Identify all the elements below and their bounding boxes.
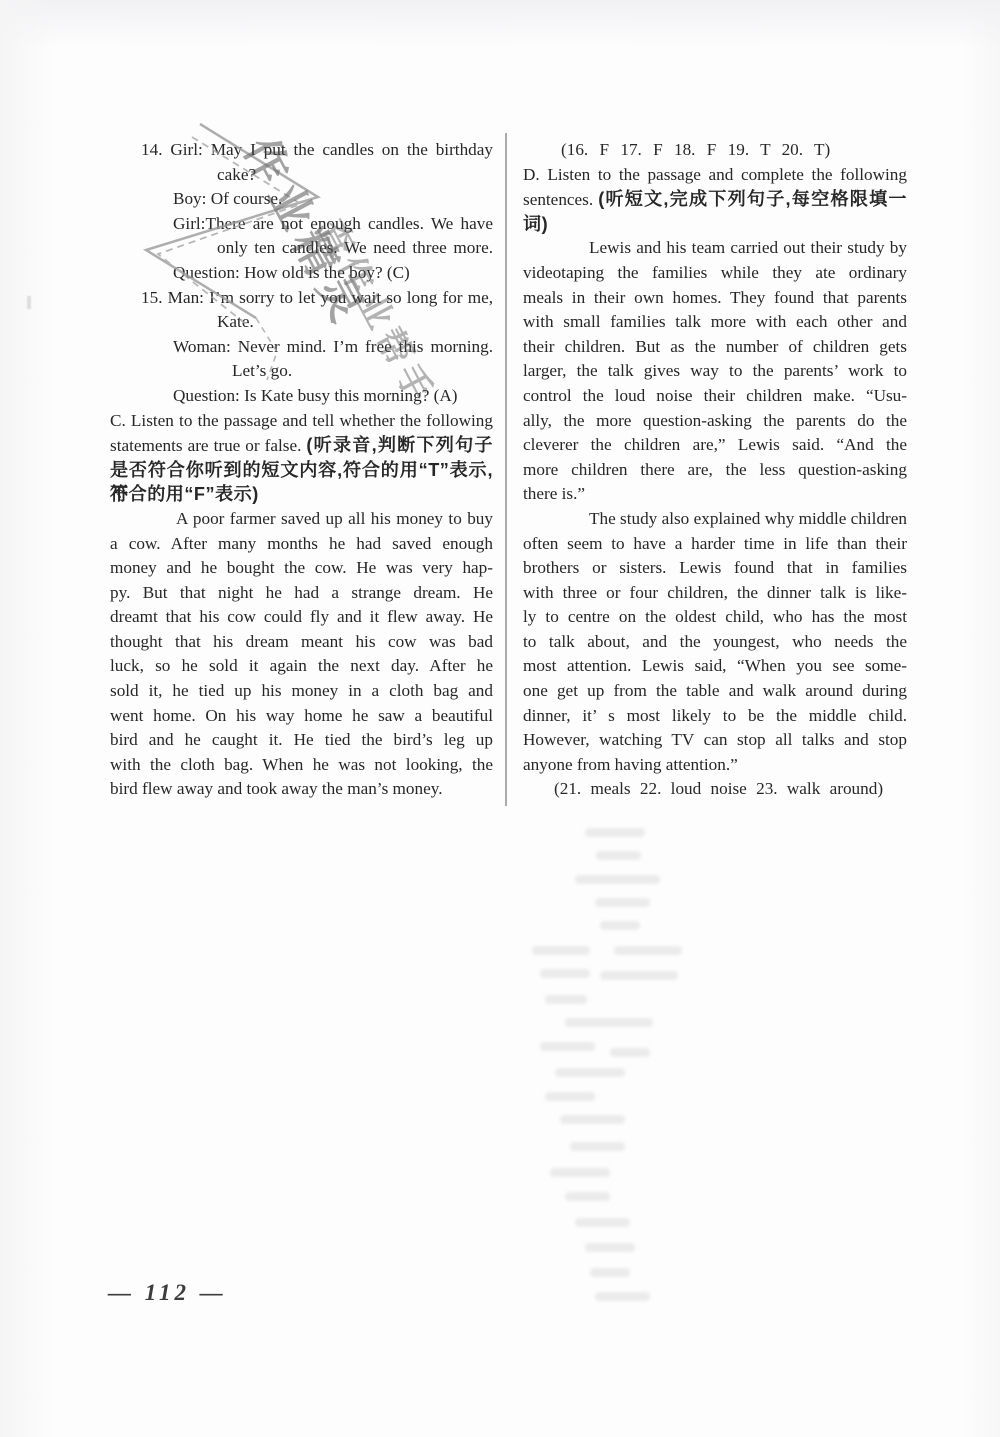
text-line: luck, so he sold it again the next day. …: [110, 654, 493, 679]
text-line: 词): [523, 212, 907, 237]
left-text-column: 14. Girl: May I put the candles on the b…: [110, 138, 493, 802]
text-line: most attention. Lewis said, “When you se…: [523, 654, 907, 679]
text-line: Lewis and his team carried out their stu…: [523, 236, 907, 261]
bleed-through-artifact: [575, 875, 660, 884]
bleed-through-artifact: [610, 1048, 650, 1057]
bleed-through-artifact: [575, 1218, 630, 1227]
text-segment: (听录音,判断下列句子: [306, 435, 493, 455]
text-line: Let’s go.: [110, 359, 493, 384]
text-line: with three or four children, the dinner …: [523, 581, 907, 606]
text-line: ly to centre on the oldest child, who ha…: [523, 605, 907, 630]
bleed-through-artifact: [585, 828, 645, 837]
text-line: more children there are, the less questi…: [523, 458, 907, 483]
text-line: with small families talk more with each …: [523, 310, 907, 335]
text-line: statements are true or false. (听录音,判断下列句…: [110, 433, 493, 458]
bleed-through-artifact: [596, 851, 641, 860]
text-line: Woman: Never mind. I’m free this morning…: [110, 335, 493, 360]
page-number: — 112 —: [108, 1280, 227, 1306]
text-line: sentences. (听短文,完成下列句子,每空格限填一: [523, 187, 907, 212]
bleed-through-artifact: [555, 1068, 625, 1077]
bleed-through-artifact: [540, 969, 590, 978]
text-line: Girl:There are not enough candles. We ha…: [110, 212, 493, 237]
text-line: bird and he caught it. He tied the bird’…: [110, 728, 493, 753]
bleed-through-artifact: [595, 898, 650, 907]
text-line: (16. F 17. F 18. F 19. T 20. T): [523, 138, 907, 163]
text-line: thought that his dream meant his cow was…: [110, 630, 493, 655]
text-line: a cow. After many months he had saved en…: [110, 532, 493, 557]
text-line: with the cloth bag. When he was not look…: [110, 753, 493, 778]
text-line: one get up from the table and walk aroun…: [523, 679, 907, 704]
bleed-through-artifact: [590, 1268, 630, 1277]
bleed-through-artifact: [565, 1018, 653, 1027]
text-line: 14. Girl: May I put the candles on the b…: [110, 138, 493, 163]
bleed-through-artifact: [570, 1142, 625, 1151]
bleed-through-artifact: [545, 995, 587, 1004]
text-line: cleverer the children are,” Lewis said. …: [523, 433, 907, 458]
text-line: The study also explained why middle chil…: [523, 507, 907, 532]
bleed-through-artifact: [614, 946, 682, 955]
text-line: py. But that night he had a strange drea…: [110, 581, 493, 606]
text-segment: sentences.: [523, 190, 598, 209]
text-line: Boy: Of course.: [110, 187, 493, 212]
text-line: sold it, he tied up his money in a cloth…: [110, 679, 493, 704]
bleed-through-artifact: [545, 1092, 595, 1101]
text-line: larger, the talk gives way to the parent…: [523, 359, 907, 384]
text-line: (21. meals 22. loud noise 23. walk aroun…: [523, 777, 907, 802]
bleed-through-artifact: [585, 1243, 635, 1252]
text-line: there is.”: [523, 482, 907, 507]
text-line: bird flew away and took away the man’s m…: [110, 777, 493, 802]
margin-speck: [27, 296, 31, 309]
text-line: Question: How old is the boy? (C): [110, 261, 493, 286]
text-line: often seem to have a harder time in life…: [523, 532, 907, 557]
text-line: However, watching TV can stop all talks …: [523, 728, 907, 753]
text-line: A poor farmer saved up all his money to …: [110, 507, 493, 532]
text-segment: statements are true or false.: [110, 436, 306, 455]
scanned-workbook-page: { "watermark": { "primary": "作业精灵", "sec…: [0, 0, 1000, 1437]
text-line: anyone from having attention.”: [523, 753, 907, 778]
text-line: money and he bought the cow. He was very…: [110, 556, 493, 581]
text-line: cake?: [110, 163, 493, 188]
text-line: control the loud noise their children ma…: [523, 384, 907, 409]
text-line: C. Listen to the passage and tell whethe…: [110, 409, 493, 434]
text-line: meals in their own homes. They found tha…: [523, 286, 907, 311]
right-text-column: (16. F 17. F 18. F 19. T 20. T)D. Listen…: [523, 138, 907, 802]
text-line: brothers or sisters. Lewis found that in…: [523, 556, 907, 581]
bleed-through-artifact: [550, 1168, 610, 1177]
text-line: videotaping the families while they ate …: [523, 261, 907, 286]
text-line: 15. Man: I’m sorry to let you wait so lo…: [110, 286, 493, 311]
column-divider: [505, 133, 507, 806]
text-line: Kate.: [110, 310, 493, 335]
text-line: Question: Is Kate busy this morning? (A): [110, 384, 493, 409]
text-line: dinner, it’ s most likely to be the midd…: [523, 704, 907, 729]
bleed-through-artifact: [532, 946, 590, 955]
bleed-through-artifact: [540, 1042, 595, 1051]
text-line: 符合的用“F”表示): [110, 482, 493, 507]
text-line: dreamt that his cow could fly and it fle…: [110, 605, 493, 630]
text-line: 是否符合你听到的短文内容,符合的用“T”表示,不: [110, 458, 493, 483]
text-line: only ten candles. We need three more.: [110, 236, 493, 261]
bleed-through-artifact: [600, 921, 640, 930]
bleed-through-artifact: [565, 1192, 610, 1201]
text-line: D. Listen to the passage and complete th…: [523, 163, 907, 188]
text-line: their children. But as the number of chi…: [523, 335, 907, 360]
bleed-through-artifact: [560, 1115, 625, 1124]
text-line: to talk about, and the youngest, who nee…: [523, 630, 907, 655]
bleed-through-artifact: [595, 1292, 650, 1301]
text-line: went home. On his way home he saw a beau…: [110, 704, 493, 729]
bleed-through-artifact: [600, 971, 678, 980]
text-line: ally, the more question-asking the paren…: [523, 409, 907, 434]
text-segment: (听短文,完成下列句子,每空格限填一: [598, 189, 907, 209]
